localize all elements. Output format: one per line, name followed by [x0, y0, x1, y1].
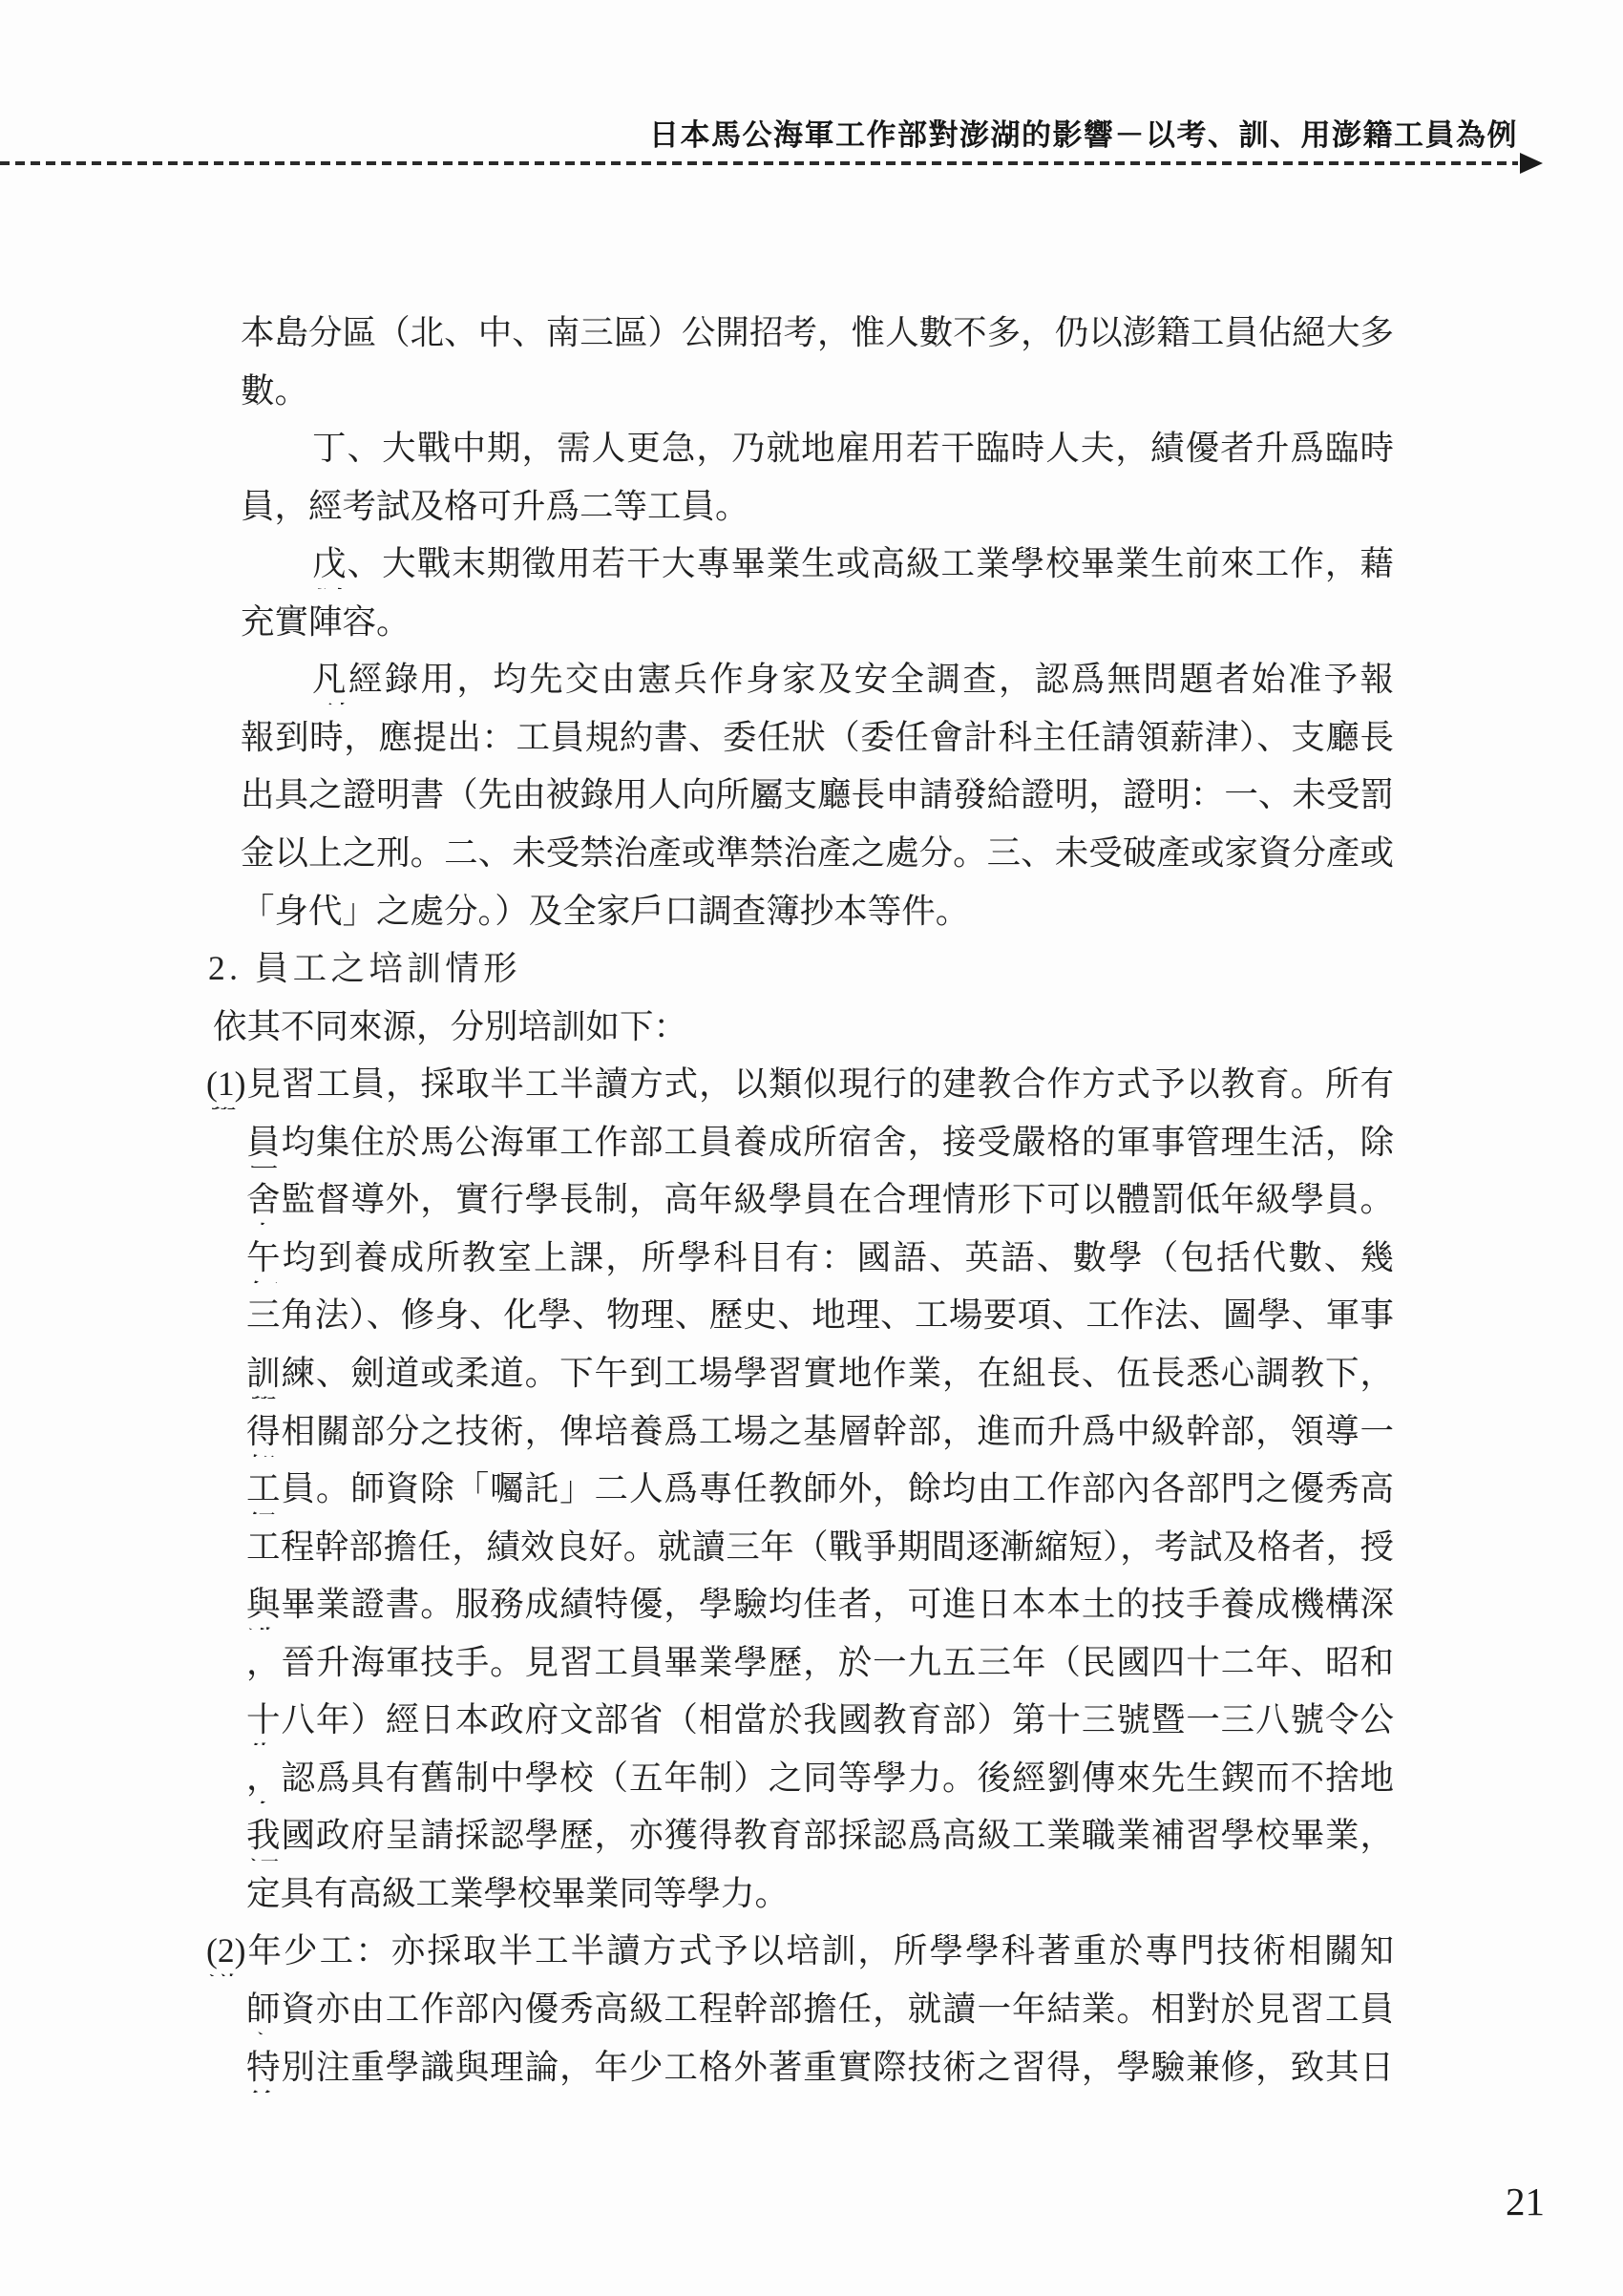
- text-line: 十八年）經日本政府文部省（相當於我國教育部）第十三號暨一三八號令公告: [246, 1699, 1394, 1745]
- text-line: 定具有高級工業學校畢業同等學力。: [246, 1873, 1394, 1913]
- text-line: 丁、大戰中期，需人更急，乃就地雇用若干臨時人夫，績優者升爲臨時工: [312, 428, 1394, 474]
- text-line: 員，經考試及格可升爲二等工員。: [241, 486, 1394, 526]
- text-line: 金以上之刑。二、未受禁治產或準禁治產之處分。三、未受破產或家資分產或: [241, 832, 1394, 878]
- text-line: 戊、大戰末期徵用若干大專畢業生或高級工業學校畢業生前來工作，藉以: [312, 543, 1394, 589]
- text-line: 數。: [241, 370, 1394, 411]
- text-line: 充實陣容。: [241, 601, 1394, 642]
- text-line: 我國政府呈請採認學歷，亦獲得教育部採認爲高級工業職業補習學校畢業，認: [246, 1815, 1394, 1861]
- document-page: 日本馬公海軍工作部對澎湖的影響－以考、訓、用澎籍工員為例 本島分區（北、中、南三…: [0, 0, 1623, 2296]
- text-line: 舍監督導外，實行學長制，高年級學員在合理情形下可以體罰低年級學員。上: [246, 1179, 1394, 1225]
- text-line: 午均到養成所教室上課，所學科目有：國語、英語、數學（包括代數、幾何、: [246, 1237, 1394, 1283]
- text-line: 訓練、劍道或柔道。下午到工場學習實地作業，在組長、伍長悉心調教下，學: [246, 1353, 1394, 1399]
- page-number: 21: [1402, 2180, 1545, 2222]
- text-line: 2. 員工之培訓情形: [208, 948, 521, 988]
- text-line: 報到時，應提出：工員規約書、委任狀（委任會計科主任請領薪津）、支廳長: [241, 717, 1394, 763]
- text-line: 凡經錄用，均先交由憲兵作身家及安全調查，認爲無問題者始准予報到。: [312, 659, 1394, 705]
- text-line: 出具之證明書（先由被錄用人向所屬支廳長申請發給證明，證明：一、未受罰: [241, 774, 1394, 820]
- text-line: 特別注重學識與理論，年少工格外著重實際技術之習得，學驗兼修，致其日後: [246, 2047, 1394, 2093]
- text-line: ，認爲具有舊制中學校（五年制）之同等學力。後經劉傳來先生鍥而不捨地向: [246, 1758, 1394, 1803]
- text-line: (1)見習工員，採取半工半讀方式，以類似現行的建教合作方式予以教育。所有學: [206, 1064, 1394, 1109]
- text-line: 與畢業證書。服務成績特優，學驗均佳者，可進日本本土的技手養成機構深造: [246, 1584, 1394, 1630]
- text-line: 三角法）、修身、化學、物理、歷史、地理、工場要項、工作法、圖學、軍事: [246, 1295, 1394, 1340]
- text-line: 依其不同來源，分別培訓如下：: [213, 1006, 687, 1046]
- text-line: 本島分區（北、中、南三區）公開招考，惟人數不多，仍以澎籍工員佔絕大多: [241, 312, 1394, 358]
- text-line: 員均集住於馬公海軍工作部工員養成所宿舍，接受嚴格的軍事管理生活，除置: [246, 1122, 1394, 1168]
- text-line: 工程幹部擔任，績效良好。就讀三年（戰爭期間逐漸縮短），考試及格者，授: [246, 1527, 1394, 1572]
- text-line: ，晉升海軍技手。見習工員畢業學歷，於一九五三年（民國四十二年、昭和二: [246, 1642, 1394, 1688]
- text-line: 「身代」之處分。）及全家戶口調查簿抄本等件。: [241, 891, 1394, 931]
- text-line: (2)年少工：亦採取半工半讀方式予以培訓，所學學科著重於專門技術相關知識，: [206, 1930, 1394, 1976]
- body-text: 本島分區（北、中、南三區）公開招考，惟人數不多，仍以澎籍工員佔絕大多數。丁、大戰…: [0, 0, 1623, 2296]
- text-line: 師資亦由工作部內優秀高級工程幹部擔任，就讀一年結業。相對於見習工員之: [246, 1989, 1394, 2034]
- text-line: 得相關部分之技術，俾培養爲工場之基層幹部，進而升爲中級幹部，領導一般: [246, 1411, 1394, 1457]
- text-line: 工員。師資除「囑託」二人爲專任教師外，餘均由工作部內各部門之優秀高級: [246, 1468, 1394, 1514]
